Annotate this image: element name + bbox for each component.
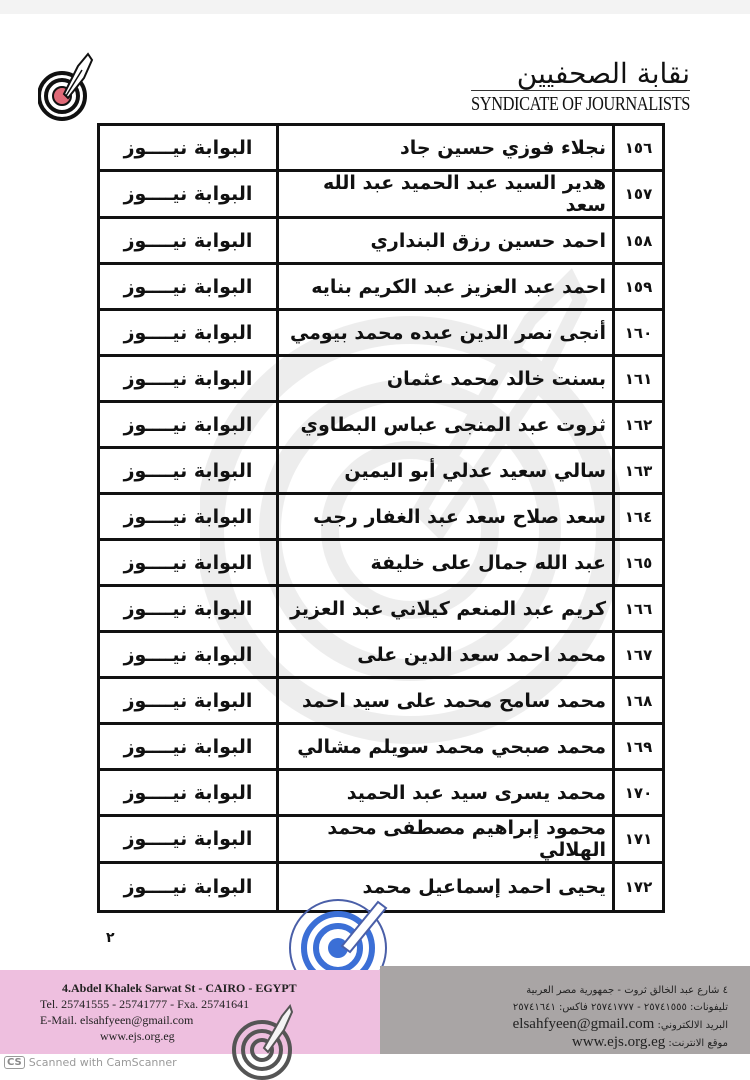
letterhead-footer: 4.Abdel Khalek Sarwat St - CAIRO - EGYPT… [0, 970, 750, 1054]
table-row: ١٥٨ احمد حسين رزق البنداري البوابة نيـــ… [100, 219, 662, 265]
table-row: ١٦٨ محمد سامح محمد على سيد احمد البوابة … [100, 679, 662, 725]
member-name: أنجى نصر الدين عبده محمد بيومي [276, 311, 612, 357]
org-name-english: SYNDICATE OF JOURNALISTS [471, 90, 690, 115]
row-number: ١٦٠ [612, 311, 662, 357]
outlet-name: البوابة نيــــوز [100, 771, 276, 817]
table-row: ١٥٧ هدير السيد عبد الحميد عبد الله سعد ا… [100, 172, 662, 219]
outlet-name: البوابة نيــــوز [100, 219, 276, 265]
outlet-name: البوابة نيــــوز [100, 587, 276, 633]
row-number: ١٦٥ [612, 541, 662, 587]
footer-email-row-ar: البريد الالكتروني: elsahfyeen@gmail.com [513, 1016, 728, 1034]
table-row: ١٦٥ عبد الله جمال على خليفة البوابة نيــ… [100, 541, 662, 587]
table-row: ١٧٠ محمد يسرى سيد عبد الحميد البوابة نيـ… [100, 771, 662, 817]
scanner-watermark: CS Scanned with CamScanner [4, 1056, 177, 1069]
outlet-name: البوابة نيــــوز [100, 357, 276, 403]
member-name: احمد عبد العزيز عبد الكريم بنايه [276, 265, 612, 311]
member-name: محمد صبحي محمد سويلم مشالي [276, 725, 612, 771]
footer-arabic-contact: ٤ شارع عبد الخالق ثروت - جمهورية مصر الع… [513, 982, 728, 1052]
outlet-name: البوابة نيــــوز [100, 541, 276, 587]
member-name: محمد احمد سعد الدين على [276, 633, 612, 679]
syndicate-logo-target-icon [38, 52, 96, 122]
outlet-name: البوابة نيــــوز [100, 311, 276, 357]
page-number: ٢ [106, 930, 115, 946]
outlet-name: البوابة نيــــوز [100, 864, 276, 910]
row-number: ١٦٢ [612, 403, 662, 449]
row-number: ١٦٣ [612, 449, 662, 495]
member-name: احمد حسين رزق البنداري [276, 219, 612, 265]
table-row: ١٦٩ محمد صبحي محمد سويلم مشالي البوابة ن… [100, 725, 662, 771]
footer-address-ar: ٤ شارع عبد الخالق ثروت - جمهورية مصر الع… [513, 982, 728, 999]
table-row: ١٧١ محمود إبراهيم مصطفى محمد الهلالي الب… [100, 817, 662, 864]
footer-website-ar: www.ejs.org.eg [572, 1034, 665, 1050]
footer-website-label-ar: موقع الانترنت: [668, 1038, 728, 1049]
table-row: ١٦٣ سالي سعيد عدلي أبو اليمين البوابة ني… [100, 449, 662, 495]
table-row: ١٦٢ ثروت عبد المنجى عباس البطاوي البوابة… [100, 403, 662, 449]
footer-email-label-ar: البريد الالكتروني: [658, 1020, 728, 1031]
outlet-name: البوابة نيــــوز [100, 172, 276, 219]
member-name: هدير السيد عبد الحميد عبد الله سعد [276, 172, 612, 219]
row-number: ١٥٨ [612, 219, 662, 265]
row-number: ١٥٩ [612, 265, 662, 311]
table-row: ١٦٤ سعد صلاح سعد عبد الغفار رجب البوابة … [100, 495, 662, 541]
row-number: ١٥٦ [612, 126, 662, 172]
camscanner-icon: CS [4, 1056, 25, 1069]
outlet-name: البوابة نيــــوز [100, 679, 276, 725]
footer-address-en: 4.Abdel Khalek Sarwat St - CAIRO - EGYPT [62, 980, 297, 996]
row-number: ١٦٤ [612, 495, 662, 541]
table-row: ١٦٧ محمد احمد سعد الدين على البوابة نيــ… [100, 633, 662, 679]
row-number: ١٧٠ [612, 771, 662, 817]
footer-email-ar: elsahfyeen@gmail.com [513, 1016, 655, 1032]
member-name: محمود إبراهيم مصطفى محمد الهلالي [276, 817, 612, 864]
table-row: ١٦٦ كريم عبد المنعم كيلاني عبد العزيز ال… [100, 587, 662, 633]
outlet-name: البوابة نيــــوز [100, 633, 276, 679]
outlet-name: البوابة نيــــوز [100, 449, 276, 495]
org-name-arabic: نقابة الصحفيين [423, 58, 690, 90]
table-row: ١٦٠ أنجى نصر الدين عبده محمد بيومي البوا… [100, 311, 662, 357]
row-number: ١٦١ [612, 357, 662, 403]
member-name: بسنت خالد محمد عثمان [276, 357, 612, 403]
journalists-table: ١٥٦ نجلاء فوزي حسين جاد البوابة نيــــوز… [97, 123, 665, 913]
row-number: ١٧٢ [612, 864, 662, 910]
table-row: ١٥٦ نجلاء فوزي حسين جاد البوابة نيــــوز [100, 126, 662, 172]
outlet-name: البوابة نيــــوز [100, 725, 276, 771]
outlet-name: البوابة نيــــوز [100, 403, 276, 449]
row-number: ١٧١ [612, 817, 662, 864]
member-name: كريم عبد المنعم كيلاني عبد العزيز [276, 587, 612, 633]
member-name: نجلاء فوزي حسين جاد [276, 126, 612, 172]
outlet-name: البوابة نيــــوز [100, 126, 276, 172]
row-number: ١٦٦ [612, 587, 662, 633]
member-name: محمد سامح محمد على سيد احمد [276, 679, 612, 725]
member-name: محمد يسرى سيد عبد الحميد [276, 771, 612, 817]
outlet-name: البوابة نيــــوز [100, 495, 276, 541]
row-number: ١٦٩ [612, 725, 662, 771]
footer-website-row-ar: موقع الانترنت: www.ejs.org.eg [513, 1034, 728, 1052]
table-row: ١٥٩ احمد عبد العزيز عبد الكريم بنايه الب… [100, 265, 662, 311]
outlet-name: البوابة نيــــوز [100, 265, 276, 311]
footer-logo-target-icon [232, 1000, 294, 1080]
scanner-label: Scanned with CamScanner [29, 1056, 177, 1069]
header-brand: نقابة الصحفيين SYNDICATE OF JOURNALISTS [423, 58, 690, 115]
row-number: ١٥٧ [612, 172, 662, 219]
outlet-name: البوابة نيــــوز [100, 817, 276, 864]
member-name: ثروت عبد المنجى عباس البطاوي [276, 403, 612, 449]
member-name: عبد الله جمال على خليفة [276, 541, 612, 587]
table-row: ١٦١ بسنت خالد محمد عثمان البوابة نيــــو… [100, 357, 662, 403]
member-name: سعد صلاح سعد عبد الغفار رجب [276, 495, 612, 541]
top-edge-strip [0, 0, 750, 14]
row-number: ١٦٨ [612, 679, 662, 725]
member-name: سالي سعيد عدلي أبو اليمين [276, 449, 612, 495]
footer-phones-ar: تليفونات: ٢٥٧٤١٥٥٥ - ٢٥٧٤١٧٧٧ فاكس: ٢٥٧٤… [513, 999, 728, 1016]
row-number: ١٦٧ [612, 633, 662, 679]
